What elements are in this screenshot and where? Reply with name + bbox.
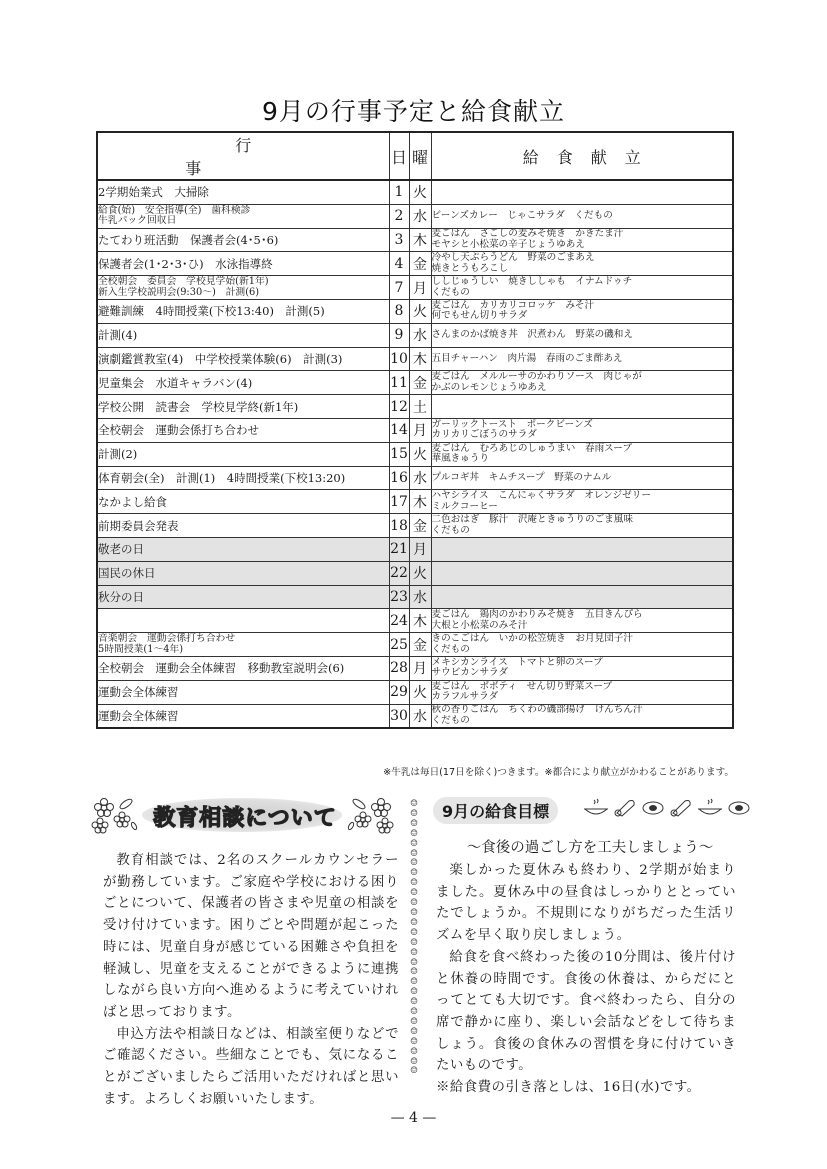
fried-egg-icon <box>727 797 751 817</box>
header-menu: 給食献立 <box>431 132 733 180</box>
event-cell-line: 避難訓練 4時間授業(下校13:40) 計測(5) <box>98 305 389 317</box>
table-row: 運動会全体練習30水秋の香りごはん ちくわの磯部揚げ けんちん汁くだもの <box>97 704 733 728</box>
event-cell-line: 学校公開 読書会 学校見学終(新1年) <box>98 401 389 413</box>
menu-cell: 麦ごはん ボボティ せん切り野菜スープカラフルサラダ <box>431 680 733 704</box>
event-cell-line: 計測(2) <box>98 448 389 460</box>
day-cell: 7 <box>389 276 409 300</box>
menu-cell: さんまのかば焼き丼 沢煮わん 野菜の磯和え <box>431 323 733 347</box>
day-cell: 21 <box>389 537 409 561</box>
table-row: 児童集会 水道キャラバン(4)11金麦ごはん メルルーサのかわりソース 肉じゃが… <box>97 371 733 395</box>
schedule-table: 行事 日 曜 給食献立 2学期始業式 大掃除1火給食(始) 安全指導(全) 歯科… <box>96 131 734 729</box>
menu-cell: プルコギ丼 キムチスープ 野菜のナムル <box>431 466 733 490</box>
lunch-goal-body: 楽しかった夏休みも終わり、2学期が始まりました。夏休み中の昼食はしっかりととって… <box>436 860 736 1099</box>
weekday-cell: 水 <box>409 585 431 609</box>
lunch-goal-paragraph: 給食を食べ終わった後の10分間は、後片付けと休養の時間です。食後の休養は、からだ… <box>436 947 736 1077</box>
table-row: 計測(4)9水さんまのかば焼き丼 沢煮わん 野菜の磯和え <box>97 323 733 347</box>
menu-cell-line: プルコギ丼 キムチスープ 野菜のナムル <box>432 473 733 484</box>
bread-icon <box>669 797 693 817</box>
menu-cell-line: ビーンズカレー じゃこサラダ くだもの <box>432 211 733 222</box>
menu-cell-line: モヤシと小松菜の辛子じょうゆあえ <box>432 240 733 251</box>
event-cell-line: 全校朝会 運動会係打ち合わせ <box>98 424 389 436</box>
event-cell-line: 国民の休日 <box>98 567 389 579</box>
table-header-row: 行事 日 曜 給食献立 <box>97 132 733 180</box>
weekday-cell: 火 <box>409 442 431 466</box>
event-cell-line: 演劇鑑賞教室(4) 中学校授業体験(6) 計測(3) <box>98 353 389 365</box>
day-cell: 28 <box>389 656 409 680</box>
menu-cell-line: 五目チャーハン 肉片湯 春雨のごま酢あえ <box>432 354 733 365</box>
weekday-cell: 火 <box>409 680 431 704</box>
smiley-face-icon: ☺ <box>410 949 418 959</box>
menu-cell <box>431 585 733 609</box>
table-row: たてわり班活動 保護者会(4･5･6)3木麦ごはん さごしの麦みそ焼き かきたま… <box>97 228 733 252</box>
weekday-cell: 水 <box>409 704 431 728</box>
weekday-cell: 木 <box>409 347 431 371</box>
table-row: 2学期始業式 大掃除1火 <box>97 180 733 204</box>
event-cell: 体育朝会(全) 計測(1) 4時間授業(下校13:20) <box>97 466 389 490</box>
menu-cell-line: 華風きゅうり <box>432 454 733 465</box>
weekday-cell: 月 <box>409 656 431 680</box>
event-cell: 演劇鑑賞教室(4) 中学校授業体験(6) 計測(3) <box>97 347 389 371</box>
event-cell-line: 運動会全体練習 <box>98 710 389 722</box>
menu-cell-line: 大根と小松菜のみそ汁 <box>432 621 733 632</box>
header-dow: 曜 <box>409 132 431 180</box>
menu-cell: ししじゅうしい 焼きししゃも イナムドゥチくだもの <box>431 276 733 300</box>
event-cell-line: 前期委員会発表 <box>98 520 389 532</box>
menu-cell-line: ミルクコーヒー <box>432 502 733 513</box>
event-cell: 全校朝会 委員会 学校見学始(新1年)新入生学校説明会(9:30〜) 計測(6) <box>97 276 389 300</box>
menu-cell: 二色おはぎ 豚汁 沢庵ときゅうりのごま風味くだもの <box>431 514 733 538</box>
event-cell: 避難訓練 4時間授業(下校13:40) 計測(5) <box>97 299 389 323</box>
day-cell: 4 <box>389 252 409 276</box>
weekday-cell: 火 <box>409 180 431 204</box>
menu-cell <box>431 395 733 419</box>
event-cell: 前期委員会発表 <box>97 514 389 538</box>
table-row: 全校朝会 運動会全体練習 移動教室説明会(6)28月メキシカンライス トマトと卵… <box>97 656 733 680</box>
weekday-cell: 土 <box>409 395 431 419</box>
event-cell: 保護者会(1･2･3･ひ) 水泳指導終 <box>97 252 389 276</box>
day-cell: 1 <box>389 180 409 204</box>
menu-cell: ハヤシライス こんにゃくサラダ オレンジゼリーミルクコーヒー <box>431 490 733 514</box>
menu-cell-line: くだもの <box>432 645 733 656</box>
day-cell: 10 <box>389 347 409 371</box>
table-row: 国民の休日22火 <box>97 561 733 585</box>
menu-cell <box>431 561 733 585</box>
table-row: 24木麦ごはん 鶏肉のかわりみそ焼き 五目きんぴら大根と小松菜のみそ汁 <box>97 609 733 633</box>
menu-cell: 麦ごはん メルルーサのかわりソース 肉じゃがかぶのレモンじょうゆあえ <box>431 371 733 395</box>
menu-cell-line: くだもの <box>432 288 733 299</box>
table-row: 運動会全体練習29火麦ごはん ボボティ せん切り野菜スープカラフルサラダ <box>97 680 733 704</box>
counseling-heading: 教育相談について <box>90 792 395 837</box>
weekday-cell: 木 <box>409 490 431 514</box>
lunch-goal-subheading: 〜食後の過ごし方を工夫しましょう〜 <box>440 836 740 857</box>
header-event: 行事 <box>97 132 389 180</box>
weekday-cell: 水 <box>409 204 431 228</box>
table-row: 全校朝会 委員会 学校見学始(新1年)新入生学校説明会(9:30〜) 計測(6)… <box>97 276 733 300</box>
counseling-title: 教育相談について <box>150 801 340 832</box>
weekday-cell: 月 <box>409 418 431 442</box>
event-cell-line: 秋分の日 <box>98 591 389 603</box>
page-title: 9月の行事予定と給食献立 <box>0 92 827 128</box>
menu-cell: 麦ごはん 鶏肉のかわりみそ焼き 五目きんぴら大根と小松菜のみそ汁 <box>431 609 733 633</box>
event-cell-line: 全校朝会 運動会全体練習 移動教室説明会(6) <box>98 662 389 674</box>
weekday-cell: 火 <box>409 561 431 585</box>
event-cell: 全校朝会 運動会全体練習 移動教室説明会(6) <box>97 656 389 680</box>
event-cell: 国民の休日 <box>97 561 389 585</box>
weekday-cell: 月 <box>409 276 431 300</box>
menu-cell: きのこごはん いかの松笠焼き お月見団子汁くだもの <box>431 633 733 657</box>
lunch-fee-note: ※給食費の引き落としは、16日(水)です。 <box>436 1077 736 1099</box>
event-cell: 音楽朝会 運動会係打ち合わせ5時間授業(1〜4年) <box>97 633 389 657</box>
event-cell: たてわり班活動 保護者会(4･5･6) <box>97 228 389 252</box>
page-number: — 4 — <box>0 1110 827 1126</box>
lunch-goal-badge: 9月の給食目標 <box>433 797 558 824</box>
event-cell-line: 運動会全体練習 <box>98 686 389 698</box>
table-row: 体育朝会(全) 計測(1) 4時間授業(下校13:20)16水プルコギ丼 キムチ… <box>97 466 733 490</box>
table-row: 全校朝会 運動会係打ち合わせ14月ガーリックトースト ポークビーンズカリカリごぼ… <box>97 418 733 442</box>
menu-cell: メキシカンライス トマトと卵のスープサウビカンサラダ <box>431 656 733 680</box>
day-cell: 23 <box>389 585 409 609</box>
menu-cell-line: かぶのレモンじょうゆあえ <box>432 383 733 394</box>
counseling-body: 教育相談では、2名のスクールカウンセラーが勤務しています。ご家庭や学校における困… <box>103 850 399 1110</box>
menu-cell-line: サウビカンサラダ <box>432 668 733 679</box>
day-cell: 25 <box>389 633 409 657</box>
menu-cell-line: 何でもせん切りサラダ <box>432 311 733 322</box>
day-cell: 29 <box>389 680 409 704</box>
bread-icon <box>613 797 637 817</box>
schedule-body: 2学期始業式 大掃除1火給食(始) 安全指導(全) 歯科検診牛乳パック回収日2水… <box>97 180 733 728</box>
table-row: 学校公開 読書会 学校見学終(新1年)12土 <box>97 395 733 419</box>
day-cell: 12 <box>389 395 409 419</box>
menu-cell: 秋の香りごはん ちくわの磯部揚げ けんちん汁くだもの <box>431 704 733 728</box>
table-row: 給食(始) 安全指導(全) 歯科検診牛乳パック回収日2水ビーンズカレー じゃこサ… <box>97 204 733 228</box>
event-cell: 秋分の日 <box>97 585 389 609</box>
menu-cell-line: ししじゅうしい 焼きししゃも イナムドゥチ <box>432 277 733 288</box>
event-cell: なかよし給食 <box>97 490 389 514</box>
event-cell-line: 児童集会 水道キャラバン(4) <box>98 377 389 389</box>
counseling-paragraph: 教育相談では、2名のスクールカウンセラーが勤務しています。ご家庭や学校における困… <box>103 850 399 1024</box>
weekday-cell: 金 <box>409 371 431 395</box>
weekday-cell: 月 <box>409 537 431 561</box>
menu-cell: ビーンズカレー じゃこサラダ くだもの <box>431 204 733 228</box>
bowl-icon <box>583 797 609 817</box>
day-cell: 8 <box>389 299 409 323</box>
table-row: 敬老の日21月 <box>97 537 733 561</box>
smiley-divider: ☺☺☺☺☺☺☺☺☺☺☺☺☺☺☺☺☺☺☺☺☺☺☺☺☺☺☺☺ <box>407 800 421 1077</box>
event-cell-line: 計測(4) <box>98 329 389 341</box>
event-cell: 計測(4) <box>97 323 389 347</box>
menu-cell: 五目チャーハン 肉片湯 春雨のごま酢あえ <box>431 347 733 371</box>
menu-cell-line: くだもの <box>432 526 733 537</box>
event-cell-line: 体育朝会(全) 計測(1) 4時間授業(下校13:20) <box>98 472 389 484</box>
menu-cell <box>431 180 733 204</box>
milk-note: ※牛乳は毎日(17日を除く)つきます。※都合により献立がかわることがあります。 <box>383 764 734 778</box>
day-cell: 24 <box>389 609 409 633</box>
menu-cell <box>431 537 733 561</box>
day-cell: 3 <box>389 228 409 252</box>
counseling-paragraph: 申込方法や相談日などは、相談室便りなどでご確認ください。些細なことでも、気になる… <box>103 1024 399 1111</box>
day-cell: 11 <box>389 371 409 395</box>
weekday-cell: 木 <box>409 228 431 252</box>
table-row: なかよし給食17木ハヤシライス こんにゃくサラダ オレンジゼリーミルクコーヒー <box>97 490 733 514</box>
event-cell-line: 牛乳パック回収日 <box>98 216 389 227</box>
table-row: 音楽朝会 運動会係打ち合わせ5時間授業(1〜4年)25金きのこごはん いかの松笠… <box>97 633 733 657</box>
weekday-cell: 火 <box>409 299 431 323</box>
event-cell: 学校公開 読書会 学校見学終(新1年) <box>97 395 389 419</box>
day-cell: 22 <box>389 561 409 585</box>
table-row: 計測(2)15火麦ごはん むろあじのしゅうまい 春雨スープ華風きゅうり <box>97 442 733 466</box>
event-cell: 運動会全体練習 <box>97 704 389 728</box>
day-cell: 2 <box>389 204 409 228</box>
event-cell-line: 全校朝会 委員会 学校見学始(新1年) <box>98 277 389 288</box>
event-cell-line: 保護者会(1･2･3･ひ) 水泳指導終 <box>98 258 389 270</box>
event-cell: 敬老の日 <box>97 537 389 561</box>
menu-cell-line: カラフルサラダ <box>432 692 733 703</box>
event-cell-line: 新入生学校説明会(9:30〜) 計測(6) <box>98 288 389 299</box>
menu-cell-line: 焼きとうもろこし <box>432 264 733 275</box>
bowl-icon <box>697 797 723 817</box>
day-cell: 30 <box>389 704 409 728</box>
fried-egg-icon <box>641 797 665 817</box>
flower-icon <box>90 796 138 836</box>
menu-cell: 麦ごはん むろあじのしゅうまい 春雨スープ華風きゅうり <box>431 442 733 466</box>
event-cell: 全校朝会 運動会係打ち合わせ <box>97 418 389 442</box>
day-cell: 18 <box>389 514 409 538</box>
table-row: 避難訓練 4時間授業(下校13:40) 計測(5)8火麦ごはん カリカリコロッケ… <box>97 299 733 323</box>
menu-cell: 麦ごはん カリカリコロッケ みそ汁何でもせん切りサラダ <box>431 299 733 323</box>
table-row: 秋分の日23水 <box>97 585 733 609</box>
menu-cell-line: きのこごはん いかの松笠焼き お月見団子汁 <box>432 634 733 645</box>
table-row: 前期委員会発表18金二色おはぎ 豚汁 沢庵ときゅうりのごま風味くだもの <box>97 514 733 538</box>
event-cell-line: 敬老の日 <box>98 543 389 555</box>
event-cell: 2学期始業式 大掃除 <box>97 180 389 204</box>
event-cell: 児童集会 水道キャラバン(4) <box>97 371 389 395</box>
weekday-cell: 水 <box>409 466 431 490</box>
menu-cell: 麦ごはん さごしの麦みそ焼き かきたま汁モヤシと小松菜の辛子じょうゆあえ <box>431 228 733 252</box>
menu-cell-line: くだもの <box>432 716 733 727</box>
menu-cell-line: さんまのかば焼き丼 沢煮わん 野菜の磯和え <box>432 330 733 341</box>
weekday-cell: 木 <box>409 609 431 633</box>
weekday-cell: 金 <box>409 633 431 657</box>
weekday-cell: 水 <box>409 323 431 347</box>
event-cell-line: 5時間授業(1〜4年) <box>98 645 389 656</box>
menu-cell-line: 秋の香りごはん ちくわの磯部揚げ けんちん汁 <box>432 705 733 716</box>
menu-cell: ガーリックトースト ポークビーンズカリカリごぼうのサラダ <box>431 418 733 442</box>
day-cell: 14 <box>389 418 409 442</box>
event-cell <box>97 609 389 633</box>
smiley-face-icon: ☺ <box>410 1067 418 1077</box>
event-cell: 運動会全体練習 <box>97 680 389 704</box>
food-icons <box>583 797 751 817</box>
lunch-goal-paragraph: 楽しかった夏休みも終わり、2学期が始まりました。夏休み中の昼食はしっかりととって… <box>436 860 736 947</box>
table-row: 演劇鑑賞教室(4) 中学校授業体験(6) 計測(3)10木五目チャーハン 肉片湯… <box>97 347 733 371</box>
event-cell: 給食(始) 安全指導(全) 歯科検診牛乳パック回収日 <box>97 204 389 228</box>
event-cell: 計測(2) <box>97 442 389 466</box>
event-cell-line: 音楽朝会 運動会係打ち合わせ <box>98 634 389 645</box>
menu-cell-line: 二色おはぎ 豚汁 沢庵ときゅうりのごま風味 <box>432 515 733 526</box>
event-cell-line: たてわり班活動 保護者会(4･5･6) <box>98 234 389 246</box>
flower-icon <box>347 796 395 836</box>
day-cell: 17 <box>389 490 409 514</box>
day-cell: 15 <box>389 442 409 466</box>
table-row: 保護者会(1･2･3･ひ) 水泳指導終4金冷やし天ぷらうどん 野菜のごまあえ焼き… <box>97 252 733 276</box>
weekday-cell: 金 <box>409 252 431 276</box>
event-cell-line: 2学期始業式 大掃除 <box>98 186 389 198</box>
day-cell: 16 <box>389 466 409 490</box>
menu-cell-line: カリカリごぼうのサラダ <box>432 430 733 441</box>
menu-cell: 冷やし天ぷらうどん 野菜のごまあえ焼きとうもろこし <box>431 252 733 276</box>
day-cell: 9 <box>389 323 409 347</box>
event-cell-line: なかよし給食 <box>98 496 389 508</box>
header-day: 日 <box>389 132 409 180</box>
weekday-cell: 金 <box>409 514 431 538</box>
